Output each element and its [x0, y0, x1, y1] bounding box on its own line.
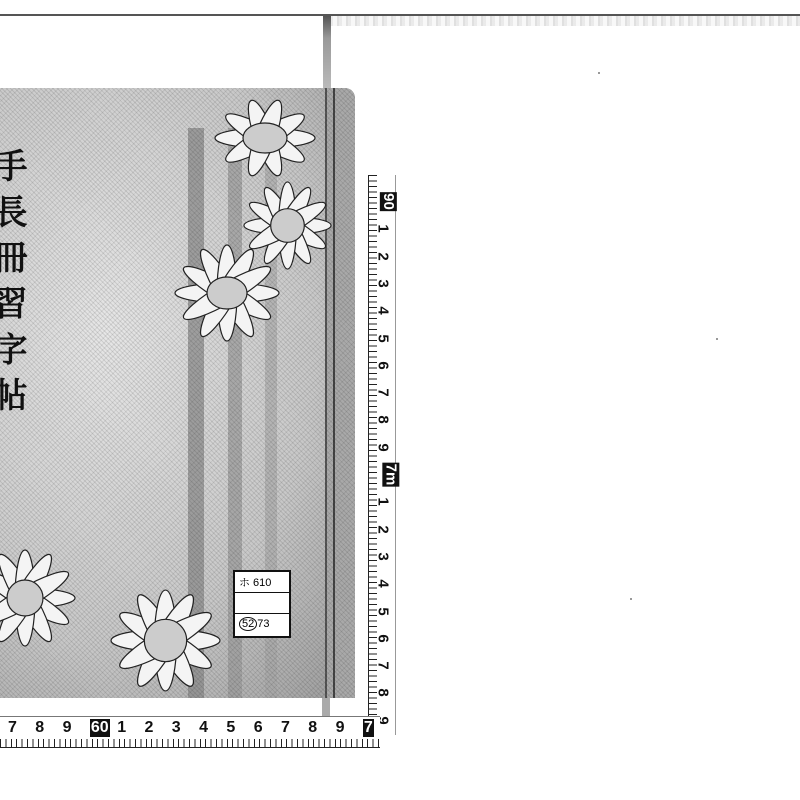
library-call-number-label: ホ 610 5273 — [233, 570, 291, 638]
chrysanthemum-flower-icon — [172, 243, 282, 343]
chrysanthemum-flower-icon — [0, 548, 80, 648]
ruler-mark: 5 — [226, 719, 235, 737]
book-cover: 手 長 冊 習 字 帖 — [0, 88, 355, 698]
ruler-mark: 2 — [375, 525, 392, 533]
ruler-mark: 7 — [8, 719, 17, 737]
label-row: ホ 610 — [235, 572, 289, 593]
ruler-mark: 60 — [90, 719, 110, 737]
ruler-mark: 4 — [375, 580, 392, 588]
ruler-mark: 7 — [375, 661, 392, 669]
ruler-mark: 7 — [375, 388, 392, 396]
chrysanthemum-flower-icon — [210, 98, 320, 178]
binding-tie — [323, 16, 331, 90]
ruler-mark: 9 — [63, 719, 72, 737]
ruler-mark: 6 — [254, 719, 263, 737]
scan-edge-strip — [330, 16, 800, 26]
label-row: 5273 — [235, 614, 289, 634]
ruler-mark: 3 — [375, 552, 392, 560]
ruler-mark: 2 — [145, 719, 154, 737]
ruler-mark: 5 — [375, 607, 392, 615]
label-row — [235, 593, 289, 614]
ruler-mark: 9 — [375, 443, 392, 451]
ruler-mark: 8 — [375, 416, 392, 424]
ruler-mark: 1 — [117, 719, 126, 737]
ruler-mark: 4 — [375, 307, 392, 315]
ruler-mark: 4 — [199, 719, 208, 737]
ruler-mark: 6 — [375, 361, 392, 369]
ruler-mark: 9 — [336, 719, 345, 737]
chrysanthemum-flower-icon — [108, 588, 223, 693]
ruler-mark: 2 — [375, 252, 392, 260]
horizontal-scale-ruler: 789601234567897 — [0, 716, 380, 748]
circled-number: 52 — [239, 617, 257, 631]
cover-title-calligraphy: 手 長 冊 習 字 帖 — [0, 148, 36, 411]
ruler-mark: 8 — [35, 719, 44, 737]
ruler-mark: 5 — [375, 334, 392, 342]
ruler-mark: 1 — [375, 498, 392, 506]
ruler-mark: 3 — [172, 719, 181, 737]
ruler-mark: 7 — [281, 719, 290, 737]
ruler-mark: 8 — [308, 719, 317, 737]
ruler-mark: 90 — [380, 192, 397, 211]
ruler-mark: 6 — [375, 634, 392, 642]
ruler-mark: 8 — [375, 689, 392, 697]
ruler-mark: 1 — [375, 225, 392, 233]
vertical-scale-ruler: 901234567897m123456789 — [368, 175, 396, 735]
ruler-mark: 3 — [375, 279, 392, 287]
ruler-mark: 7m — [382, 463, 399, 487]
ruler-mark: 7 — [363, 719, 374, 737]
